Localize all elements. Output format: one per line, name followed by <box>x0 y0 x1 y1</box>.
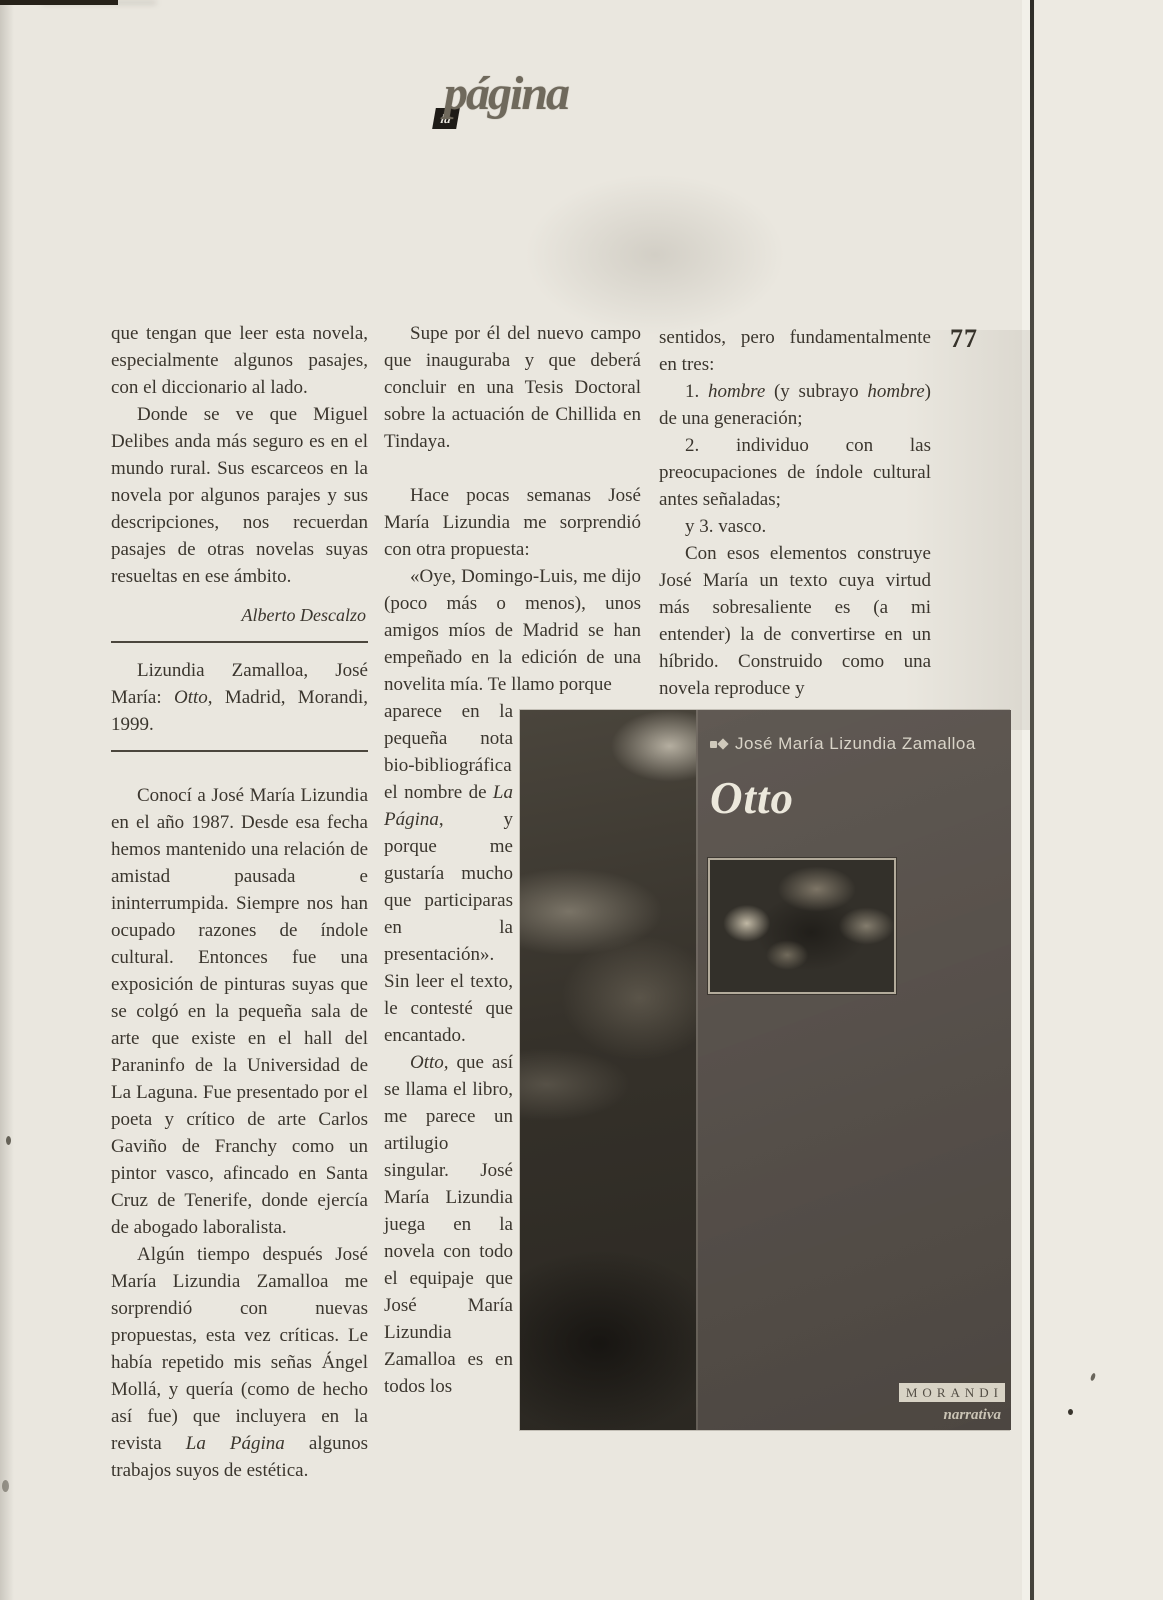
publisher-name: MORANDI <box>899 1383 1005 1402</box>
paragraph: Supe por él del nuevo campo que inaugura… <box>384 320 641 455</box>
paragraph: Algún tiempo después José María Lizundia… <box>111 1241 368 1484</box>
divider-rule <box>111 750 368 752</box>
paragraph: aparece en la pequeña nota bio-bibliográ… <box>384 698 513 1049</box>
divider-rule <box>111 641 368 643</box>
publisher-mark-icon <box>710 740 727 748</box>
book-title-italic: Otto <box>174 687 208 708</box>
paragraph: Con esos elementos construye José María … <box>659 540 931 702</box>
book-title-italic: Otto, <box>410 1052 449 1073</box>
book-cover: José María Lizundia Zamalloa Otto MORAND… <box>696 710 1011 1430</box>
paragraph: Otto, que así se llama el libro, me pare… <box>384 1049 513 1400</box>
page-number: 77 <box>950 324 978 354</box>
scan-edge-shade <box>0 0 14 1600</box>
scan-speck <box>1068 1409 1073 1415</box>
scan-speck <box>2 1480 9 1492</box>
cover-author-name: José María Lizundia Zamalloa <box>735 734 976 754</box>
magazine-title-italic: La Página <box>186 1433 285 1454</box>
paragraph: «Oye, Domingo-Luis, me dijo (poco más o … <box>384 563 641 698</box>
paragraph: Conocí a José María Lizundia en el año 1… <box>111 782 368 1241</box>
paragraph: Hace pocas semanas José María Lizundia m… <box>384 482 641 563</box>
paragraph: que tengan que leer esta novela, especia… <box>111 320 368 401</box>
scan-artifact <box>0 0 118 5</box>
logo-pagina-wordmark: página <box>444 66 568 121</box>
author-signature: Alberto Descalzo <box>111 602 366 629</box>
text-column-1: que tengan que leer esta novela, especia… <box>111 320 368 1484</box>
list-item: 1. hombre (y subrayo hombre) de una gene… <box>659 378 931 432</box>
list-item: y 3. vasco. <box>659 513 931 540</box>
book-cover-figure: José María Lizundia Zamalloa Otto MORAND… <box>520 710 1009 1430</box>
page-fold-highlight <box>1022 0 1030 1600</box>
text-column-3: sentidos, pero fundamentalmente en tres:… <box>659 324 931 702</box>
book-reference: Lizundia Zamalloa, José María: Otto, Mad… <box>111 657 368 738</box>
magazine-logo: la página <box>432 74 652 144</box>
list-item: 2. individuo con las preocupaciones de í… <box>659 432 931 513</box>
page-fold-line <box>1030 0 1034 1600</box>
paragraph: sentidos, pero fundamentalmente en tres: <box>659 324 931 378</box>
collection-name: narrativa <box>943 1407 1001 1424</box>
cover-artwork <box>708 858 896 994</box>
adjacent-page-margin <box>1035 0 1163 1600</box>
wrapped-text-block: aparece en la pequeña nota bio-bibliográ… <box>384 698 513 1400</box>
cover-author-line: José María Lizundia Zamalloa <box>710 734 976 754</box>
scan-speck <box>6 1136 11 1145</box>
abstract-painting-photo <box>520 710 696 1430</box>
paragraph: Donde se ve que Miguel Delibes anda más … <box>111 401 368 590</box>
scanned-magazine-page: la página 77 que tengan que leer esta no… <box>0 0 1163 1600</box>
cover-title: Otto <box>710 772 794 824</box>
